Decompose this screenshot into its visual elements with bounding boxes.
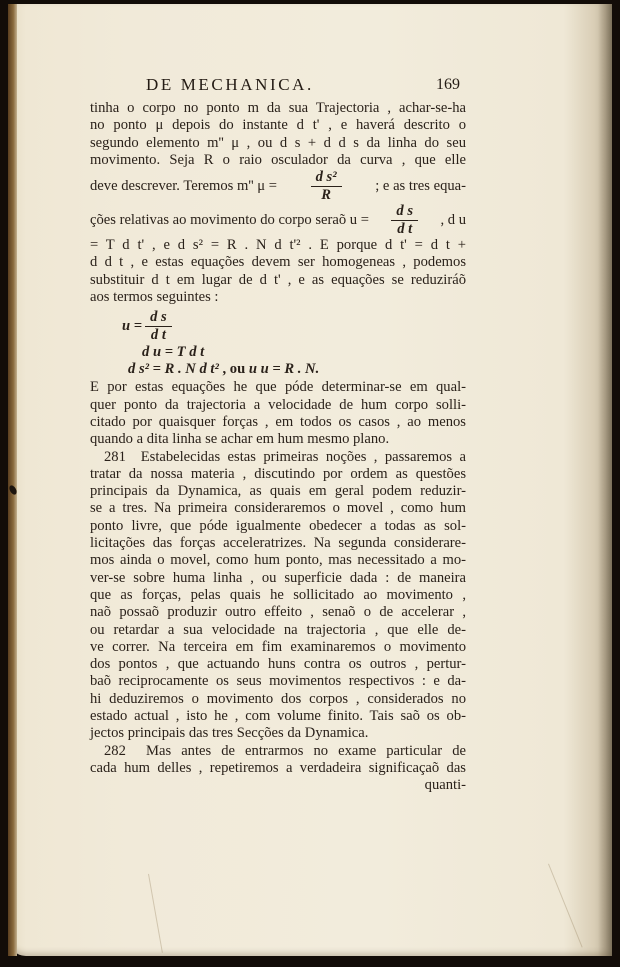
paper-crease [548, 864, 583, 948]
text-line: dos pontos , que actuando huns contra os… [90, 656, 466, 673]
text-line: licitações das forças acceleratrizes. Na… [90, 535, 466, 552]
fraction-numerator: d s [145, 310, 172, 327]
text-line: principais da Dynamica, as quais em gera… [90, 483, 466, 500]
text-line: mos ainda o movel, como hum ponto, mas n… [90, 552, 466, 569]
text-line: cada hum delles , repetiremos a verdadei… [90, 760, 466, 777]
text-line: hi deduziremos o movimento dos corpos , … [90, 691, 466, 708]
equation-part: u u = R . N. [249, 361, 319, 377]
section-number: 281 [104, 449, 126, 465]
text-fragment: ; e as tres equa- [375, 178, 466, 195]
text-line: ve correr. Na terceira em fim examinarem… [90, 639, 466, 656]
fraction-numerator: d s² [311, 170, 342, 187]
page-number: 169 [436, 76, 460, 93]
page-gutter [8, 4, 17, 956]
text-fragment: Estabelecidas estas primeiras noções , p… [141, 449, 466, 465]
equation-lhs: u = [122, 318, 142, 335]
paragraph: E por estas equações he que póde determi… [90, 379, 466, 448]
fraction-denominator: R [321, 187, 331, 203]
text-line: substituir d t em lugar de d t' , e as e… [90, 272, 466, 289]
text-line-with-fraction: ções relativas ao movimento do corpo ser… [90, 203, 466, 237]
text-line: ou retardar a sua velocidade na trajecto… [90, 622, 466, 639]
text-fragment: , d u [440, 212, 466, 229]
equation-normal: d s² = R . N d t² , ou u u = R . N. [90, 361, 466, 379]
section-281: 281 Estabelecidas estas primeiras noções… [90, 449, 466, 743]
text-line: citado por quaisquer forças , em todos o… [90, 414, 466, 431]
text-line: quer ponto da trajectoria a velocidade d… [90, 397, 466, 414]
fraction-denominator: d t [151, 327, 166, 343]
text-fragment: deve descrever. Teremos m'' μ = [90, 178, 277, 195]
text-line: ver-se sobre huma linha , ou superficie … [90, 570, 466, 587]
catchword: quanti- [90, 777, 466, 794]
equation-velocity: u = d s d t [90, 308, 466, 344]
paper-crease [148, 874, 163, 953]
text-line: no ponto μ depois do instante d t' , e h… [90, 117, 466, 134]
fraction-denominator: d t [397, 221, 412, 237]
text-line: estado actual , isto he , com volume fin… [90, 708, 466, 725]
text-line: segundo elemento m'' μ , ou d s + d d s … [90, 135, 466, 152]
text-line: d d t , e estas equações devem ser homog… [90, 254, 466, 271]
text-line: tratar da nossa materia , discutindo por… [90, 466, 466, 483]
section-first-line: 282 Mas antes de entrarmos no exame part… [90, 743, 466, 760]
section-282: 282 Mas antes de entrarmos no exame part… [90, 743, 466, 795]
text-line: baõ reciprocamente os seus movimentos re… [90, 673, 466, 690]
text-line: que as forças, pelas quais he sollicitad… [90, 587, 466, 604]
text-line: E por estas equações he que póde determi… [90, 379, 466, 396]
text-fragment: Mas antes de entrarmos no exame particul… [146, 743, 466, 759]
fraction: d s² R [311, 170, 342, 203]
fraction: d s d t [145, 310, 172, 343]
equation-block: u = d s d t d u = T d t d s² = R . N d t… [90, 308, 466, 379]
equation-separator: , ou [219, 361, 249, 377]
text-line: naõ possaõ produzir outro effeito , sena… [90, 604, 466, 621]
section-first-line: 281 Estabelecidas estas primeiras noções… [90, 449, 466, 466]
text-line: = T d t' , e d s² = R . N d t'² . E porq… [90, 237, 466, 254]
text-line: tinha o corpo no ponto m da sua Trajecto… [90, 100, 466, 117]
text-line-with-fraction: deve descrever. Teremos m'' μ = d s² R ;… [90, 169, 466, 203]
fraction: d s d t [391, 204, 418, 237]
text-line: ponto livre, que póde igualmente obedece… [90, 518, 466, 535]
section-number: 282 [104, 743, 126, 759]
equation-tangential: d u = T d t [90, 344, 466, 361]
equation-part: d s² = R . N d t² [128, 361, 219, 377]
text-line: aos termos seguintes : [90, 289, 466, 306]
text-line: movimento. Seja R o raio osculador da cu… [90, 152, 466, 169]
fraction-numerator: d s [391, 204, 418, 221]
text-line: quando a dita linha se achar em hum mesm… [90, 431, 466, 448]
running-head: DE MECHANICA. [146, 76, 314, 93]
page-edge-shadow [598, 4, 612, 956]
page-header: DE MECHANICA. 169 [90, 76, 466, 100]
text-fragment: ções relativas ao movimento do corpo ser… [90, 212, 369, 229]
text-line: se a tres. Na primeira consideraremos o … [90, 500, 466, 517]
page-text: DE MECHANICA. 169 tinha o corpo no ponto… [90, 76, 466, 795]
text-line: jectos principais das tres Secções da Dy… [90, 725, 466, 742]
paragraph-continued: tinha o corpo no ponto m da sua Trajecto… [90, 100, 466, 306]
scanned-page-background: DE MECHANICA. 169 tinha o corpo no ponto… [0, 0, 620, 967]
